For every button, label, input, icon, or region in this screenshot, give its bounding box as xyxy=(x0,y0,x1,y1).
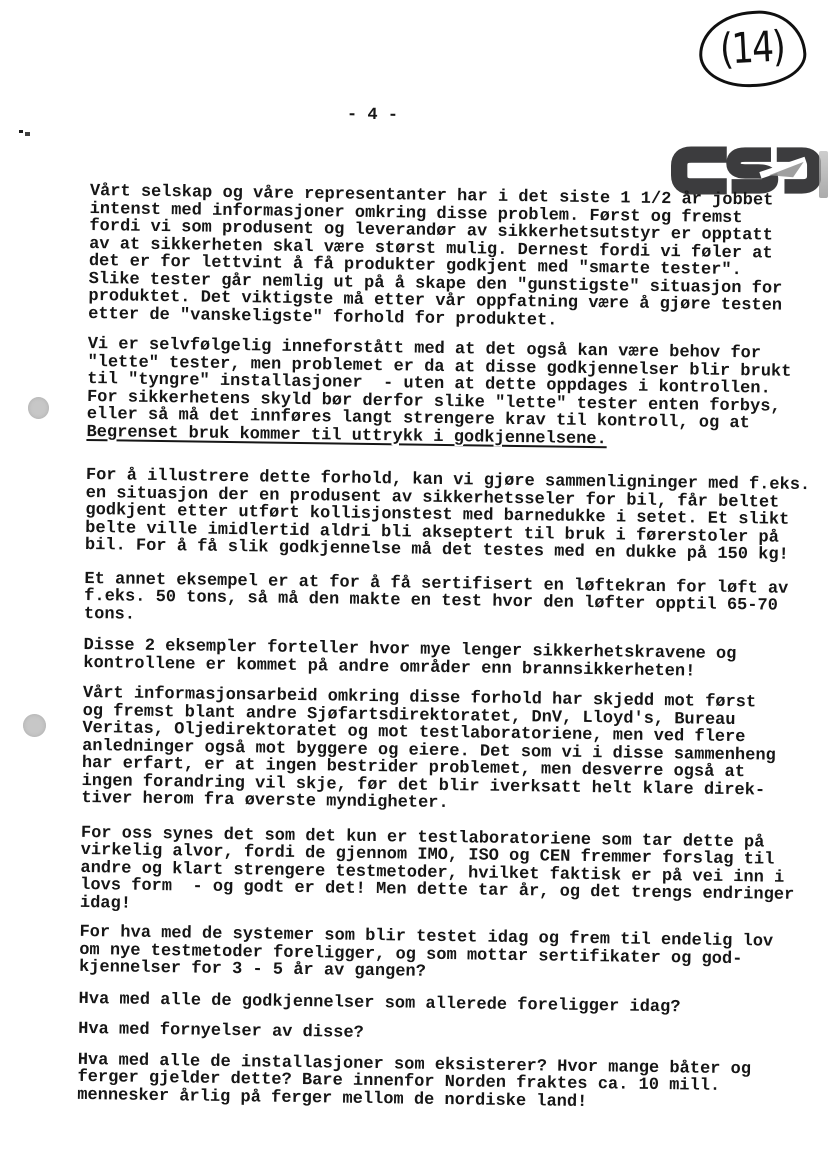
handwritten-page-badge: (14) xyxy=(697,8,808,89)
scan-edge-artifact xyxy=(819,151,828,198)
punch-hole xyxy=(23,714,46,737)
paragraph-1: Vårt selskap og våre representanter har … xyxy=(88,183,820,333)
company-logo xyxy=(671,144,821,197)
paragraph-7: For oss synes det som det kun er testlab… xyxy=(80,824,811,922)
page-number: - 4 - xyxy=(347,106,398,126)
document-page: (14) - 4 - Vårt selskap og våre represen… xyxy=(0,0,828,1169)
paragraph-4: Et annet eksempel er at for å få sertifi… xyxy=(84,570,815,633)
paragraph-2: Vi er selvfølgelig inneforstått med at d… xyxy=(86,336,817,451)
handwritten-page-number: (14) xyxy=(719,21,786,73)
paragraph-8: For hva med de systemer som blir testet … xyxy=(79,924,810,987)
paragraph-5: Disse 2 eksempler forteller hvor mye len… xyxy=(83,637,813,682)
paragraph-9: Hva med alle de godkjennelser som allere… xyxy=(78,990,808,1018)
punch-hole xyxy=(28,397,49,419)
scan-speck xyxy=(19,130,23,133)
csj-logo-icon xyxy=(671,144,821,197)
typed-text-block: - 4 - Vårt selskap og våre representante… xyxy=(77,183,820,1114)
paragraph-2-body: Vi er selvfølgelig inneforstått med at d… xyxy=(87,335,792,433)
paragraph-6: Vårt informasjonsarbeid omkring disse fo… xyxy=(81,685,813,818)
paragraph-10: Hva med fornyelser av disse? xyxy=(78,1021,808,1049)
paragraph-3: For å illustrere dette forhold, kan vi g… xyxy=(85,467,816,565)
scan-speck xyxy=(25,132,30,136)
paragraph-11: Hva med alle de installasjoner som eksis… xyxy=(77,1051,808,1114)
